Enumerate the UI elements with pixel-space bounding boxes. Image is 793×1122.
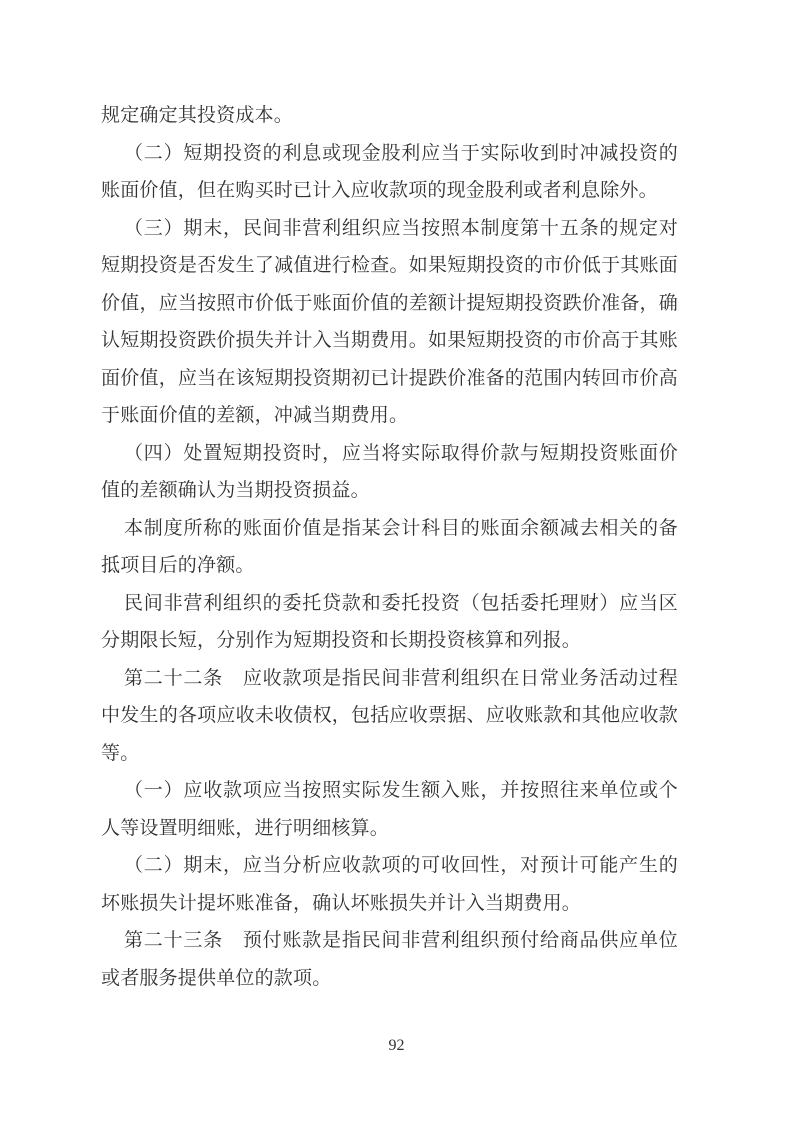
paragraph-article-23-prepayments-definition: 第二十三条 预付账款是指民间非营利组织预付给商品供应单位或者服务提供单位的款项。 [101, 922, 678, 997]
paragraph-book-value-definition: 本制度所称的账面价值是指某会计科目的账面余额减去相关的备抵项目后的净额。 [101, 510, 678, 585]
paragraph-item-2-short-term-investment-interest: （二）短期投资的利息或现金股利应当于实际收到时冲减投资的账面价值，但在购买时已计… [101, 135, 678, 210]
paragraph-continuation: 规定确定其投资成本。 [101, 97, 678, 135]
page-number: 92 [0, 1036, 793, 1056]
document-body: 规定确定其投资成本。 （二）短期投资的利息或现金股利应当于实际收到时冲减投资的账… [101, 97, 678, 997]
paragraph-item-3-period-end-impairment-check: （三）期末，民间非营利组织应当按照本制度第十五条的规定对短期投资是否发生了减值进… [101, 210, 678, 435]
paragraph-article-22-item-2-bad-debt: （二）期末，应当分析应收款项的可收回性，对预计可能产生的坏账损失计提坏账准备，确… [101, 847, 678, 922]
paragraph-article-22-item-1-recording: （一）应收款项应当按照实际发生额入账，并按照往来单位或个人等设置明细账，进行明细… [101, 772, 678, 847]
paragraph-item-4-disposal-of-short-term-investment: （四）处置短期投资时，应当将实际取得价款与短期投资账面价值的差额确认为当期投资损… [101, 435, 678, 510]
paragraph-entrusted-loans-and-investments: 民间非营利组织的委托贷款和委托投资（包括委托理财）应当区分期限长短，分别作为短期… [101, 585, 678, 660]
paragraph-article-22-receivables-definition: 第二十二条 应收款项是指民间非营利组织在日常业务活动过程中发生的各项应收未收债权… [101, 660, 678, 773]
document-page: 规定确定其投资成本。 （二）短期投资的利息或现金股利应当于实际收到时冲减投资的账… [0, 0, 793, 1122]
